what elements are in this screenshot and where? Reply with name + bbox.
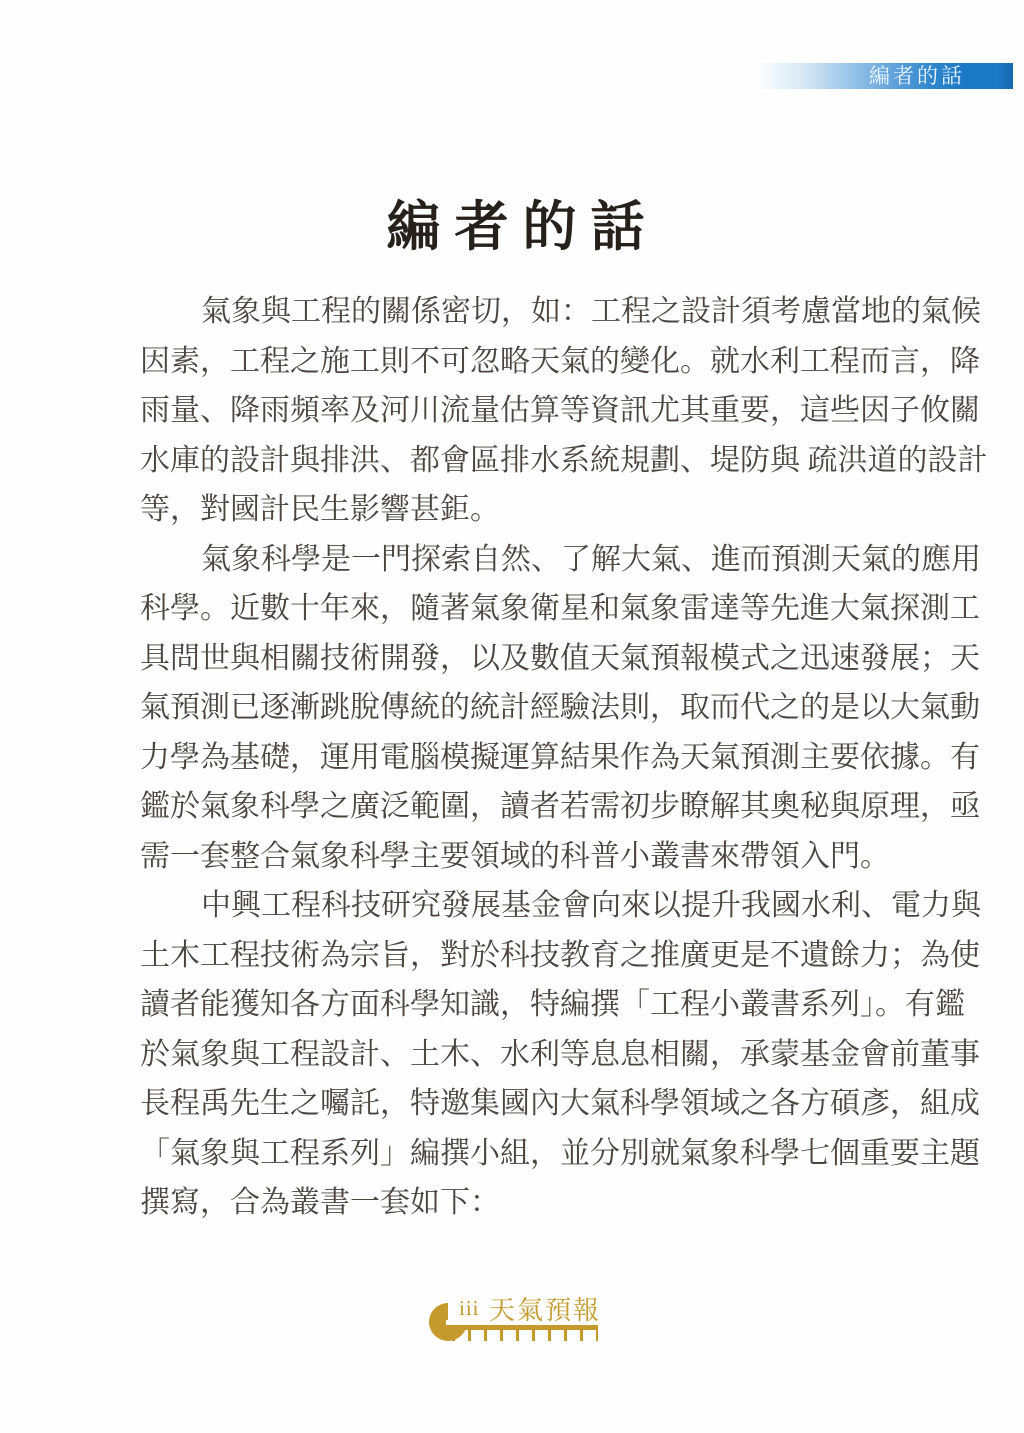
text-line: 讀者能獲知各方面科學知識，特編撰「工程小叢書系列」。有鑑: [140, 980, 905, 1030]
book-title: 天氣預報: [489, 1290, 601, 1327]
text-line: 氣象與工程的關係密切，如：工程之設計須考慮當地的氣候: [140, 287, 905, 337]
body-text: 氣象與工程的關係密切，如：工程之設計須考慮當地的氣候 因素，工程之施工則不可忽略…: [140, 287, 905, 1228]
text-line: 需一套整合氣象科學主要領域的科普小叢書來帶領入門。: [140, 832, 905, 882]
text-line: 長程禹先生之囑託，特邀集國內大氣科學領域之各方碩彥，組成: [140, 1079, 905, 1129]
footer: iii 天氣預報: [425, 1288, 625, 1348]
text-line: 氣預測已逐漸跳脫傳統的統計經驗法則，取而代之的是以大氣動: [140, 683, 905, 733]
text-line: 撰寫，合為叢書一套如下：: [140, 1178, 905, 1228]
text-line: 「氣象與工程系列」編撰小組，並分別就氣象科學七個重要主題: [140, 1129, 905, 1179]
ruler-ticks-icon: [452, 1330, 598, 1341]
text-line: 具問世與相關技術開發，以及數值天氣預報模式之迅速發展；天: [140, 634, 905, 684]
running-header-label: 編者的話: [869, 63, 1013, 89]
text-line: 科學。近數十年來，隨著氣象衛星和氣象雷達等先進大氣探測工: [140, 584, 905, 634]
text-line: 等，對國計民生影響甚鉅。: [140, 485, 905, 535]
text-line: 土木工程技術為宗旨，對於科技教育之推廣更是不遺餘力；為使: [140, 931, 905, 981]
page-title: 編者的話: [140, 196, 905, 258]
page-number: iii: [459, 1296, 480, 1321]
text-line: 中興工程科技研究發展基金會向來以提升我國水利、電力與: [140, 881, 905, 931]
text-line: 氣象科學是一門探索自然、了解大氣、進而預測天氣的應用: [140, 535, 905, 585]
text-line: 鑑於氣象科學之廣泛範圍，讀者若需初步瞭解其奧秘與原理，亟: [140, 782, 905, 832]
document-page: 編者的話 編者的話 氣象與工程的關係密切，如：工程之設計須考慮當地的氣候 因素，…: [0, 0, 1024, 1433]
text-line: 雨量、降雨頻率及河川流量估算等資訊尤其重要，這些因子攸關: [140, 386, 905, 436]
text-line: 於氣象與工程設計、土木、水利等息息相關，承蒙基金會前董事: [140, 1030, 905, 1080]
text-line: 水庫的設計與排洪、都會區排水系統規劃、堤防與 疏洪道的設計: [140, 436, 905, 486]
running-header-bar: 編者的話: [756, 63, 1013, 89]
text-line: 力學為基礎，運用電腦模擬運算結果作為天氣預測主要依據。有: [140, 733, 905, 783]
text-line: 因素，工程之施工則不可忽略天氣的變化。就水利工程而言，降: [140, 337, 905, 387]
